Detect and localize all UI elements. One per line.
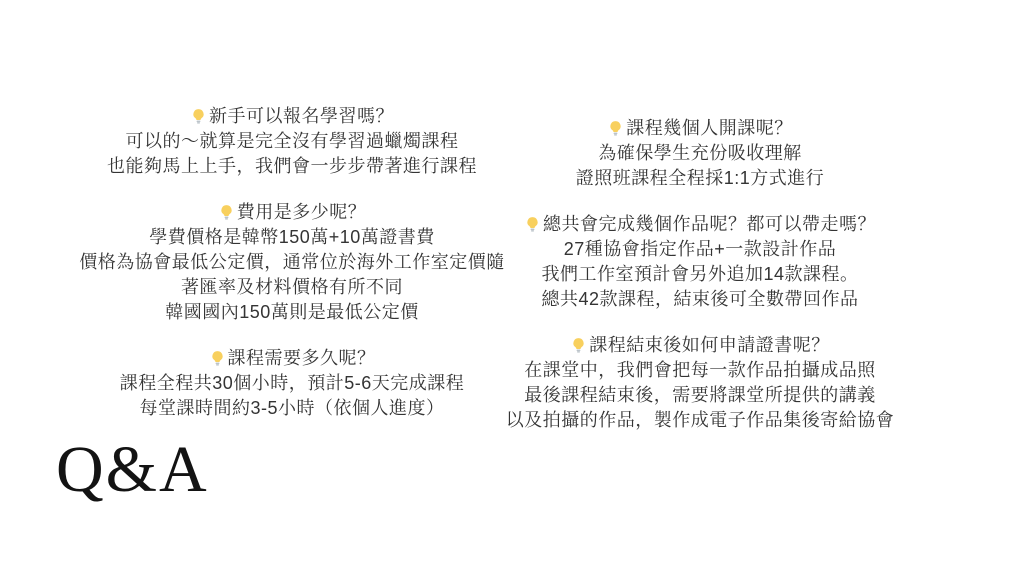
lightbulb-icon (190, 108, 207, 125)
qa-answer-line: 27種協會指定作品+一款設計作品 (460, 237, 940, 262)
qa-block-class-size: 課程幾個人開課呢？ 為確保學生充份吸收理解 證照班課程全程採1:1方式進行 (460, 116, 940, 191)
qa-block-works: 總共會完成幾個作品呢？都可以帶走嗎？ 27種協會指定作品+一款設計作品 我們工作… (460, 212, 940, 312)
qa-question-text: 費用是多少呢？ (237, 202, 367, 222)
lightbulb-icon (218, 204, 235, 221)
qa-answer-line: 為確保學生充份吸收理解 (460, 141, 940, 166)
qa-question: 課程結束後如何申請證書呢？ (460, 333, 940, 358)
qa-answer-line: 以及拍攝的作品，製作成電子作品集後寄給協會 (460, 408, 940, 433)
qa-block-certificate: 課程結束後如何申請證書呢？ 在課堂中，我們會把每一款作品拍攝成品照 最後課程結束… (460, 333, 940, 433)
qa-answer-line: 在課堂中，我們會把每一款作品拍攝成品照 (460, 358, 940, 383)
qa-column-right: 課程幾個人開課呢？ 為確保學生充份吸收理解 證照班課程全程採1:1方式進行 總共… (460, 116, 940, 454)
slide-title: Q&A (56, 437, 209, 503)
qa-question-text: 課程需要多久呢？ (228, 348, 376, 368)
qa-answer-line: 最後課程結束後，需要將課堂所提供的講義 (460, 383, 940, 408)
lightbulb-icon (570, 337, 587, 354)
qa-answer-line: 證照班課程全程採1:1方式進行 (460, 166, 940, 191)
qa-question: 總共會完成幾個作品呢？都可以帶走嗎？ (460, 212, 940, 237)
qa-question-text: 總共會完成幾個作品呢？都可以帶走嗎？ (543, 214, 876, 234)
lightbulb-icon (524, 216, 541, 233)
qa-answer-line: 我們工作室預計會另外追加14款課程。 (460, 262, 940, 287)
lightbulb-icon (607, 120, 624, 137)
qa-question-text: 課程結束後如何申請證書呢？ (589, 335, 830, 355)
qa-question-text: 課程幾個人開課呢？ (626, 118, 793, 138)
lightbulb-icon (209, 350, 226, 367)
qa-question-text: 新手可以報名學習嗎？ (209, 106, 394, 126)
qa-answer-line: 總共42款課程，結束後可全數帶回作品 (460, 287, 940, 312)
qa-question: 課程幾個人開課呢？ (460, 116, 940, 141)
